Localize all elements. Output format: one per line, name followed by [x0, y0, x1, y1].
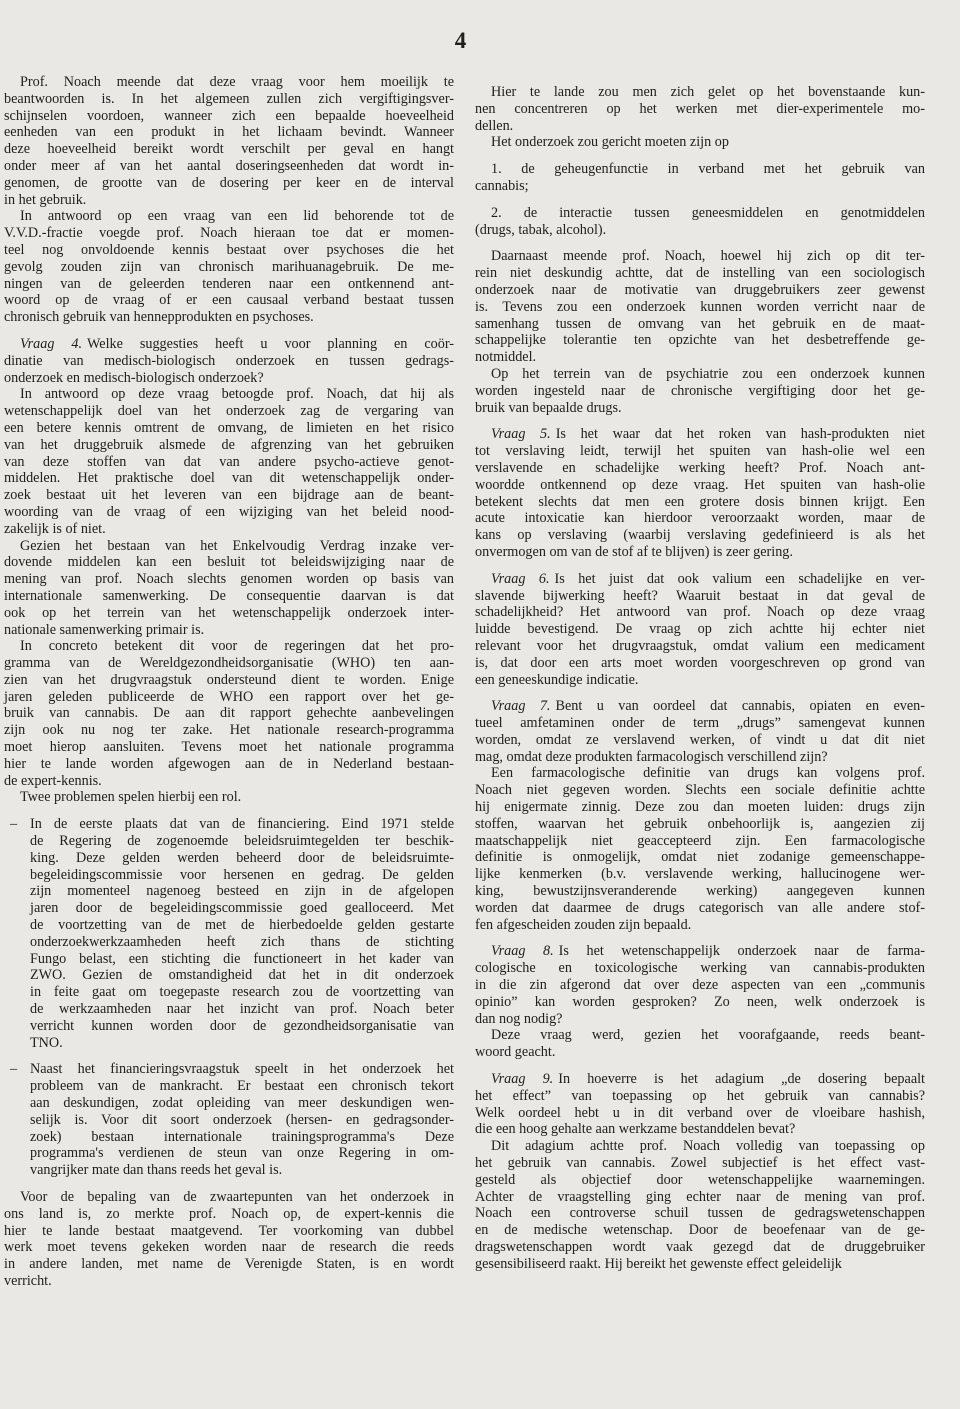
text-line: werk moet tevens gekeken worden naar de … — [4, 1239, 454, 1256]
text-line: fen afgescheiden zouden zijn bepaald. — [475, 917, 925, 934]
text-line: bruik van bepaalde drugs. — [475, 400, 925, 417]
text-line: moet hierop aansluiten. Tevens moet het … — [4, 739, 454, 756]
text-line: Een farmacologische definitie van drugs … — [475, 765, 925, 782]
page-number: 4 — [0, 28, 922, 54]
text-line: Vraag 6.Is het juist dat ook valium een … — [475, 571, 925, 588]
text-line: nationale samenwerking primair is. — [4, 622, 454, 639]
paragraph: Daarnaast meende prof. Noach, hoewel hij… — [475, 248, 925, 366]
text-line: ons land is, zo merkte prof. Noach op, d… — [4, 1206, 454, 1223]
text-line: woording van de vraag of een wijziging v… — [4, 504, 454, 521]
text-line: hier te lande worden afgewogen aan de in… — [4, 756, 454, 773]
text-line: cannabis; — [475, 178, 925, 195]
text-line: verslavende en schadelijke werking heeft… — [475, 460, 925, 477]
text-line: kans op verslaving (waarbij verslaving g… — [475, 527, 925, 544]
text-line: tot verslaving leidt, terwijl het spuite… — [475, 443, 925, 460]
text-line: Vraag 9.In hoeverre is het adagium „de d… — [475, 1071, 925, 1088]
text-line: Fungo belast, een stichting die function… — [30, 951, 454, 968]
text-line: stoffen, waarvan het gebruik onbehoorlij… — [475, 816, 925, 833]
text-line: de Regering de zogenoemde beleidsruimteg… — [30, 833, 454, 850]
question-paragraph: Vraag 6.Is het juist dat ook valium een … — [475, 571, 925, 689]
text-line: is, dat door een arts moet worden voorge… — [475, 655, 925, 672]
text-line: wetenschappelijk doel van het onderzoek … — [4, 403, 454, 420]
text-columns: Prof. Noach meende dat deze vraag voor h… — [4, 74, 925, 1290]
text-line: gramma van de Wereldgezondheidsorganisat… — [4, 655, 454, 672]
text-line: Prof. Noach meende dat deze vraag voor h… — [4, 74, 454, 91]
left-column: Prof. Noach meende dat deze vraag voor h… — [4, 74, 454, 1290]
text-line: Noach niet gegeven worden. Slechts een s… — [475, 782, 925, 799]
text-line: ningen van de geleerden tenderen naar ee… — [4, 276, 454, 293]
text-line: in andere landen, met name de Verenigde … — [4, 1256, 454, 1273]
text-line: aan deskundigen, zodat opleiding van mee… — [30, 1095, 454, 1112]
text-line: dovende middelen kan een besluit tot bel… — [4, 554, 454, 571]
text-line: bruik van cannabis. De aan dit rapport g… — [4, 705, 454, 722]
text-line: deze hoeveelheid bereikt wordt verschilt… — [4, 141, 454, 158]
paragraph: Dit adagium achtte prof. Noach volledig … — [475, 1138, 925, 1272]
text-line: de voortzetting van de met de hierbedoel… — [30, 917, 454, 934]
text-line: de werkzaamheden naar het inzicht van pr… — [30, 1001, 454, 1018]
paragraph: In antwoord op deze vraag betoogde prof.… — [4, 386, 454, 537]
text-line: verricht kunnen worden door de gezondhei… — [30, 1018, 454, 1035]
question-paragraph: Vraag 7.Bent u van oordeel dat cannabis,… — [475, 698, 925, 765]
text-line: dinatie van medisch-biologisch onderzoek… — [4, 353, 454, 370]
text-line: van deze stoffen van dat van andere psyc… — [4, 454, 454, 471]
text-line: Vraag 7.Bent u van oordeel dat cannabis,… — [475, 698, 925, 715]
text-line: notmiddel. — [475, 349, 925, 366]
paragraph: Prof. Noach meende dat deze vraag voor h… — [4, 74, 454, 208]
text-line: vangrijker mate dan thans reeds het geva… — [30, 1162, 454, 1179]
text-line: hier te lande bestaat maatgevend. Ter vo… — [4, 1223, 454, 1240]
text-line: 1. de geheugenfunctie in verband met het… — [475, 161, 925, 178]
paragraph: Deze vraag werd, gezien het voorafgaande… — [475, 1027, 925, 1061]
text-line: opinio” kan worden gesproken? Zo neen, w… — [475, 994, 925, 1011]
text-line: woord op de vraag of er een causaal verb… — [4, 292, 454, 309]
text-line: maatschappelijk niet geaccepteerd zijn. … — [475, 833, 925, 850]
text-line: mag, omdat deze produkten farmacologisch… — [475, 749, 925, 766]
text-line: In antwoord op deze vraag betoogde prof.… — [4, 386, 454, 403]
text-line: is. Tevens zou een onderzoek kunnen word… — [475, 299, 925, 316]
text-line: en de medische wetenschap. Door de beoef… — [475, 1222, 925, 1239]
paragraph: Gezien het bestaan van het Enkelvoudig V… — [4, 538, 454, 639]
text-line: Voor de bepaling van de zwaartepunten va… — [4, 1189, 454, 1206]
text-line: Op het terrein van de psychiatrie zou ee… — [475, 366, 925, 383]
text-line: gesensibiliseerd raakt. Hij bereikt het … — [475, 1256, 925, 1273]
text-line: Vraag 5.Is het waar dat het roken van ha… — [475, 426, 925, 443]
text-line: cologische en toxicologische werking van… — [475, 960, 925, 977]
text-line: Gezien het bestaan van het Enkelvoudig V… — [4, 538, 454, 555]
paragraph: 2. de interactie tussen geneesmiddelen e… — [475, 205, 925, 239]
text-line: In concreto betekent dit voor de regerin… — [4, 638, 454, 655]
text-line: onderzoekwerkzaamheden heeft zich thans … — [30, 934, 454, 951]
text-line: In de eerste plaats dat van de financier… — [30, 816, 454, 833]
text-line: gesteld als objectief door wetenschappel… — [475, 1172, 925, 1189]
question-paragraph: Vraag 4.Welke suggesties heeft u voor pl… — [4, 336, 454, 386]
question-paragraph: Vraag 8.Is het wetenschappelijk onderzoe… — [475, 943, 925, 1027]
paragraph: 1. de geheugenfunctie in verband met het… — [475, 161, 925, 195]
text-line: Deze vraag werd, gezien het voorafgaande… — [475, 1027, 925, 1044]
text-line: definitie is onmogelijk, omdat niet zoda… — [475, 849, 925, 866]
text-line: ZWO. Gezien de omstandigheid dat het in … — [30, 967, 454, 984]
text-line: Het onderzoek zou gericht moeten zijn op — [475, 134, 925, 151]
text-line: king. Deze gelden werden beheerd door de… — [30, 850, 454, 867]
paragraph: Een farmacologische definitie van drugs … — [475, 765, 925, 933]
right-column: Hier te lande zou men zich gelet op het … — [475, 74, 925, 1290]
text-line: acute intoxicatie kan hierdoor veroorzaa… — [475, 510, 925, 527]
text-line: Noach een controverse schuil tussen de g… — [475, 1205, 925, 1222]
text-line: Vraag 4.Welke suggesties heeft u voor pl… — [4, 336, 454, 353]
text-line: jaren geleden publiceerde de WHO een rap… — [4, 689, 454, 706]
text-line: Daarnaast meende prof. Noach, hoewel hij… — [475, 248, 925, 265]
paragraph: –In de eerste plaats dat van de financie… — [4, 816, 454, 1051]
text-line: worden, omdat ze verslavend werken, of v… — [475, 732, 925, 749]
text-line: nen concentreren op het werken met dier-… — [475, 101, 925, 118]
text-line: tueel amfetaminen onder de term „drugs” … — [475, 715, 925, 732]
text-line: dellen. — [475, 118, 925, 135]
text-line: woord geacht. — [475, 1044, 925, 1061]
text-line: internationale samenwerking. De conseque… — [4, 588, 454, 605]
text-line: ook op het terrein van het wetenschappel… — [4, 605, 454, 622]
text-line: rein niet deskundig achtte, dat de inste… — [475, 265, 925, 282]
text-line: samenhang tussen de omvang van het gebru… — [475, 316, 925, 333]
text-line: Dit adagium achtte prof. Noach volledig … — [475, 1138, 925, 1155]
text-line: teel nog onvoldoende kennis bestaat over… — [4, 242, 454, 259]
text-line: zoek) bestaan internationale trainingspr… — [30, 1129, 454, 1146]
text-line: het effect” van toepassing op het gebrui… — [475, 1088, 925, 1105]
text-line: zakelijk is of niet. — [4, 521, 454, 538]
text-line: onder meer af van het aantal doseringsee… — [4, 158, 454, 175]
dash-marker: – — [10, 1061, 17, 1078]
paragraph: Hier te lande zou men zich gelet op het … — [475, 84, 925, 134]
text-line: jaren door de begeleidingscommissie goed… — [30, 900, 454, 917]
text-line: king, bewustzijnsveranderende werking) a… — [475, 883, 925, 900]
text-line: een geneeskundige indicatie. — [475, 672, 925, 689]
text-line: relevant voor het drugvraagstuk, omdat v… — [475, 638, 925, 655]
text-line: onvermogen om van de stof af te blijven)… — [475, 544, 925, 561]
question-label: Vraag 8. — [491, 943, 554, 959]
dash-marker: – — [10, 816, 17, 833]
text-line: slavende bijwerking heeft? Waaruit besta… — [475, 588, 925, 605]
text-line: in het gebruik. — [4, 192, 454, 209]
text-line: worden dat daarmee de drugs categorisch … — [475, 900, 925, 917]
text-line: In antwoord op een vraag van een lid beh… — [4, 208, 454, 225]
question-label: Vraag 4. — [20, 336, 82, 352]
text-line: (drugs, tabak, alcohol). — [475, 222, 925, 239]
text-line: onderzoek en medisch-biologisch onderzoe… — [4, 370, 454, 387]
text-line: betekent slechts dat men een grotere dos… — [475, 494, 925, 511]
paragraph: Het onderzoek zou gericht moeten zijn op — [475, 134, 925, 151]
question-label: Vraag 7. — [491, 698, 550, 714]
text-line: in die zin afgerond dat over deze aspect… — [475, 977, 925, 994]
text-line: woordde ontkennend op deze vraag. Het sp… — [475, 477, 925, 494]
text-line: zijn ook nu nog ter zake. Het nationale … — [4, 722, 454, 739]
text-line: een betere kennis omtrent de omvang, de … — [4, 420, 454, 437]
text-line: hij enigermate zinnig. Deze zou dan moet… — [475, 799, 925, 816]
text-line: die een hoog gehalte aan werkzame bestan… — [475, 1121, 925, 1138]
text-line: chronisch gebruik van hennepprodukten en… — [4, 309, 454, 326]
text-line: de expert-kennis. — [4, 773, 454, 790]
paragraph: –Naast het financieringsvraagstuk speelt… — [4, 1061, 454, 1179]
text-line: schijnselen voordoen, wanneer zich een b… — [4, 108, 454, 125]
text-line: Achter de vraagstelling ging echter naar… — [475, 1189, 925, 1206]
text-line: beantwoorden is. In het algemeen zullen … — [4, 91, 454, 108]
paragraph: Voor de bepaling van de zwaartepunten va… — [4, 1189, 454, 1290]
text-line: Twee problemen spelen hierbij een rol. — [4, 789, 454, 806]
question-label: Vraag 9. — [491, 1071, 553, 1087]
text-line: lijke kenmerken (b.v. verslavende werkin… — [475, 866, 925, 883]
text-line: mening van prof. Noach slechts genomen w… — [4, 571, 454, 588]
text-line: luidde bevestigend. De vraag op zich ach… — [475, 621, 925, 638]
question-label: Vraag 6. — [491, 571, 550, 587]
text-line: schadelijkheid? Het antwoord van prof. N… — [475, 604, 925, 621]
text-line: eenheden van een produkt in het lichaam … — [4, 124, 454, 141]
scanned-document-page: 4 Prof. Noach meende dat deze vraag voor… — [0, 0, 960, 1409]
text-line: schappelijke tolerantie ten opzichte van… — [475, 332, 925, 349]
text-line: onderzoek naar de motivatie van druggebr… — [475, 282, 925, 299]
text-line: dan nog nodig? — [475, 1011, 925, 1028]
text-line: middelen. Het praktische doel van dit we… — [4, 470, 454, 487]
text-line: van het druggebruik alsmede de afgrenzin… — [4, 437, 454, 454]
text-line: begeleidingscommissie voor hersenen en g… — [30, 867, 454, 884]
text-line: probleem van de mankracht. Er bestaat ee… — [30, 1078, 454, 1095]
text-line: Naast het financieringsvraagstuk speelt … — [30, 1061, 454, 1078]
text-line: Hier te lande zou men zich gelet op het … — [475, 84, 925, 101]
paragraph: Twee problemen spelen hierbij een rol. — [4, 789, 454, 806]
text-line: zien van het drugvraagstuk ondersteund d… — [4, 672, 454, 689]
text-line: gevolg zouden zijn van chronisch marihua… — [4, 259, 454, 276]
paragraph: In concreto betekent dit voor de regerin… — [4, 638, 454, 789]
question-label: Vraag 5. — [491, 426, 551, 442]
text-line: V.V.D.-fractie voegde prof. Noach hieraa… — [4, 225, 454, 242]
text-line: TNO. — [30, 1035, 454, 1052]
question-paragraph: Vraag 5.Is het waar dat het roken van ha… — [475, 426, 925, 560]
text-line: in feite gaat om toegepaste research zou… — [30, 984, 454, 1001]
text-line: het gebruik van cannabis. Zowel subjecti… — [475, 1155, 925, 1172]
text-line: zijn momenteel nagenoeg besteed en zijn … — [30, 883, 454, 900]
text-line: Welk oordeel hebt u in dit verband over … — [475, 1105, 925, 1122]
text-line: selijk is. Voor dit soort onderzoek (her… — [30, 1112, 454, 1129]
paragraph: In antwoord op een vraag van een lid beh… — [4, 208, 454, 326]
text-line: 2. de interactie tussen geneesmiddelen e… — [475, 205, 925, 222]
question-paragraph: Vraag 9.In hoeverre is het adagium „de d… — [475, 1071, 925, 1138]
text-line: worden ingesteld naar de chronische verg… — [475, 383, 925, 400]
text-line: zoek bestaat uit het leveren van een bij… — [4, 487, 454, 504]
text-line: Vraag 8.Is het wetenschappelijk onderzoe… — [475, 943, 925, 960]
text-line: programma's verdienen de steun van onze … — [30, 1145, 454, 1162]
text-line: verricht. — [4, 1273, 454, 1290]
paragraph: Op het terrein van de psychiatrie zou ee… — [475, 366, 925, 416]
text-line: dragswetenschappen wordt vaak gezegd dat… — [475, 1239, 925, 1256]
text-line: genomen, de grootte van de dosering per … — [4, 175, 454, 192]
